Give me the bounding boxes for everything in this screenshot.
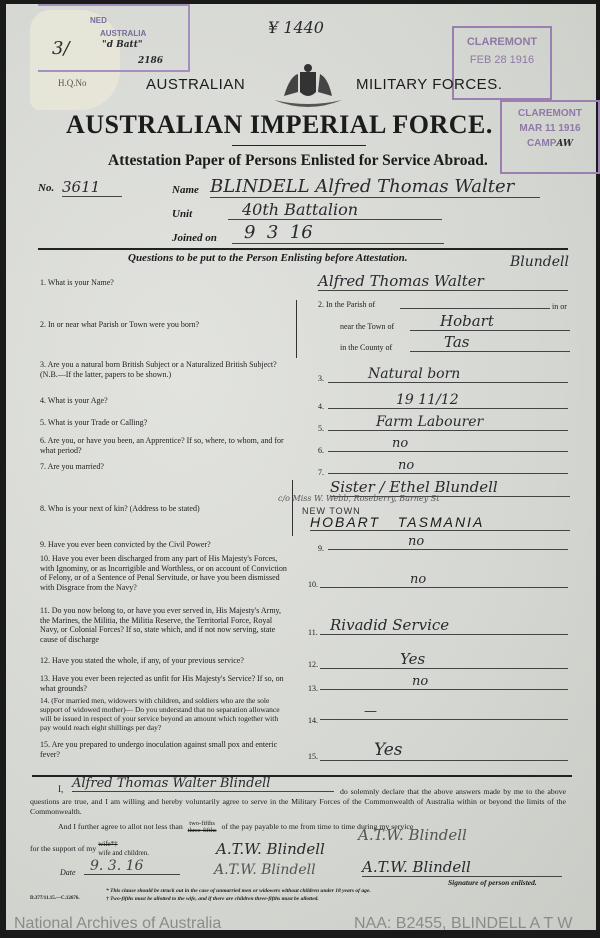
q-text: Are you, or have you been, an Apprentice… [40, 436, 284, 455]
answer-13[interactable]: no [320, 674, 568, 690]
q-text: In or near what Parish or Town were you … [48, 320, 199, 329]
no-value[interactable]: 3611 [62, 178, 122, 197]
q-num: 4. [40, 396, 46, 405]
wife-children-option: wife and children. [98, 849, 149, 858]
answer-num: 6. [318, 446, 324, 455]
q-num: 7. [40, 462, 46, 471]
no-label: No. [38, 182, 54, 194]
declaration-body: do solemnly declare that the above answe… [30, 787, 566, 816]
question-7: 7. Are you married? [40, 462, 295, 472]
question-11: 11. Do you now belong to, or have you ev… [40, 606, 290, 644]
answer-num: 15. [308, 752, 318, 761]
signature-caption: Signature of person enlisted. [448, 878, 537, 887]
subtitle: Attestation Paper of Persons Enlisted fo… [108, 152, 488, 170]
watermark-right: NAA: B2455, BLINDELL A T W [354, 915, 572, 933]
q-num: 10. [40, 554, 50, 563]
q-num: 2. [40, 320, 46, 329]
footnote-1: * This clause should be struck out in th… [106, 888, 371, 894]
q-text: Have you ever been discharged from any p… [40, 554, 287, 592]
county-value[interactable]: Tas [410, 333, 570, 352]
answer-15[interactable]: Yes [320, 740, 568, 761]
fraction-three-fifths: three-fifths [188, 827, 217, 834]
print-code: D.377/11.15.—C.12676. [30, 896, 80, 901]
question-4: 4. What is your Age? [40, 396, 295, 406]
surname-note: Blundell [510, 254, 569, 270]
q-text: (For married men, widowers with children… [40, 696, 280, 732]
answer-num: 7. [318, 468, 324, 477]
section-rule [38, 248, 568, 250]
answer-num: 12. [308, 660, 318, 669]
questions-heading: Questions to be put to the Person Enlist… [128, 252, 408, 264]
question-3: 3. Are you a natural born British Subjec… [40, 360, 292, 379]
question-1: 1. What is your Name? [40, 278, 295, 288]
answer-4[interactable]: 19 11/12 [328, 392, 568, 409]
stamp-location: CLAREMONT [502, 108, 598, 119]
answer-num: 3. [318, 374, 324, 383]
answer-9[interactable]: no [328, 534, 568, 550]
q-num: 15. [40, 740, 50, 749]
stamp-line: NED [90, 16, 107, 25]
q-num: 8. [40, 504, 46, 513]
answer-12[interactable]: Yes [320, 650, 568, 669]
joined-label: Joined on [172, 232, 217, 244]
stamp-line: AUSTRALIA [100, 29, 146, 38]
stamp-location: CLAREMONT [454, 36, 550, 48]
claremont-stamp-mar: CLAREMONT MAR 11 1916 CAMPAW [500, 100, 600, 174]
q-num: 9. [40, 540, 46, 549]
answer-11[interactable]: Rivadid Service [320, 616, 568, 635]
question-13: 13. Have you ever been rejected as unfit… [40, 674, 290, 693]
bracket [292, 480, 297, 536]
name-label: Name [172, 184, 199, 196]
answer-1[interactable]: Alfred Thomas Walter [318, 272, 568, 291]
q-num: 12. [40, 656, 50, 665]
q-text: What is your Age? [48, 396, 108, 405]
question-8: 8. Who is your next of kin? (Address to … [40, 504, 295, 514]
answer-10[interactable]: no [320, 572, 568, 588]
town-value[interactable]: Hobart [410, 312, 570, 331]
q-text: What is your Name? [48, 278, 114, 287]
stamp-line: 2186 [138, 56, 163, 66]
main-title: AUSTRALIAN IMPERIAL FORCE. [66, 110, 493, 140]
unit-value[interactable]: 40th Battalion [228, 200, 442, 220]
footnote-2: † Two-fifths must be allotted to the wif… [106, 896, 319, 902]
corner-label: H.Q.No [58, 78, 87, 88]
allot-text: And I further agree to allot not less th… [58, 822, 183, 831]
q-text: Have you ever been convicted by the Civi… [48, 540, 211, 549]
answer-num: 14. [308, 716, 318, 725]
q-num: 13. [40, 674, 50, 683]
allotment-line: And I further agree to allot not less th… [58, 820, 568, 834]
stamp-line: "d Batt" [102, 40, 143, 50]
county-label: in the County of [340, 343, 392, 352]
signature-2: A.T.W. Blindell [358, 826, 467, 844]
date-label: Date [60, 868, 76, 877]
watermark-left: National Archives of Australia [14, 915, 221, 933]
question-5: 5. What is your Trade or Calling? [40, 418, 295, 428]
parish-label: 2. In the Parish of [318, 300, 375, 309]
q-text: Are you prepared to undergo inoculation … [40, 740, 277, 759]
answer-6[interactable]: no [328, 436, 568, 452]
q-text: Do you now belong to, or have you ever s… [40, 606, 281, 644]
signature-3: A.T.W. Blindell [214, 862, 316, 878]
support-text: for the support of my [30, 844, 96, 853]
corner-mark: 3/ [52, 38, 70, 59]
signature-4[interactable]: A.T.W. Blindell [362, 858, 562, 877]
question-6: 6. Are you, or have you been, an Apprent… [40, 436, 290, 455]
q-num: 1. [40, 278, 46, 287]
ref-number: ¥ 1440 [268, 18, 324, 37]
stamp-initials: AW [556, 139, 573, 149]
question-10: 10. Have you ever been discharged from a… [40, 554, 290, 592]
answer-7[interactable]: no [328, 458, 568, 474]
q-text: Are you a natural born British Subject o… [40, 360, 277, 379]
fraction-two-fifths: two-fifths [188, 820, 217, 827]
bracket [292, 300, 297, 358]
question-2: 2. In or near what Parish or Town were y… [40, 320, 295, 330]
q-text: Who is your next of kin? (Address to be … [48, 504, 200, 513]
unit-label: Unit [172, 208, 192, 220]
stamp-camp: CAMP [527, 138, 556, 149]
next-of-kin-line-4[interactable]: HOBART TASMANIA [310, 514, 570, 531]
support-line: for the support of my wife*† wife and ch… [30, 840, 149, 858]
stamp-date: MAR 11 1916 [502, 123, 598, 134]
q-num: 11. [40, 606, 50, 615]
title-underline [232, 145, 366, 146]
answer-3[interactable]: Natural born [328, 366, 568, 383]
stamp-date: FEB 28 1916 [454, 54, 550, 66]
parish-suffix: in or [552, 302, 567, 311]
coat-of-arms-icon [270, 62, 346, 112]
name-value[interactable]: BLINDELL Alfred Thomas Walter [210, 176, 540, 198]
town-label: near the Town of [340, 322, 394, 331]
answer-num: 9. [318, 544, 324, 553]
date-value[interactable]: 9. 3. 16 [84, 858, 180, 875]
joined-value[interactable]: 9 3 16 [232, 222, 444, 244]
answer-num: 11. [308, 628, 318, 637]
question-14: 14. (For married men, widowers with chil… [40, 696, 290, 732]
q-num: 6. [40, 436, 46, 445]
title-left: AUSTRALIAN [146, 76, 245, 93]
q-num: 5. [40, 418, 46, 427]
question-9: 9. Have you ever been convicted by the C… [40, 540, 295, 550]
q-num: 14. [40, 696, 49, 705]
signature-1: A.T.W. Blindell [216, 840, 325, 858]
next-of-kin-line-2[interactable]: c/o Miss W. Webb, Roseberry, Barney St [278, 494, 568, 503]
title-right: MILITARY FORCES. [356, 76, 502, 93]
q-text: Are you married? [48, 462, 104, 471]
q-text: Have you stated the whole, if any, of yo… [52, 656, 244, 665]
question-15: 15. Are you prepared to undergo inoculat… [40, 740, 290, 759]
q-text: Have you ever been rejected as unfit for… [40, 674, 284, 693]
answer-14[interactable]: — [320, 704, 568, 720]
answer-5[interactable]: Farm Labourer [328, 414, 568, 431]
wife-option: wife*† [98, 840, 149, 849]
q-num: 3. [40, 360, 46, 369]
question-12: 12. Have you stated the whole, if any, o… [40, 656, 295, 666]
answer-num: 10. [308, 580, 318, 589]
parish-line [400, 308, 550, 309]
answer-num: 13. [308, 684, 318, 693]
answer-num: 4. [318, 402, 324, 411]
declaration-text-1: do solemnly declare that the above answe… [30, 787, 566, 817]
q-text: What is your Trade or Calling? [48, 418, 147, 427]
answer-num: 5. [318, 424, 324, 433]
